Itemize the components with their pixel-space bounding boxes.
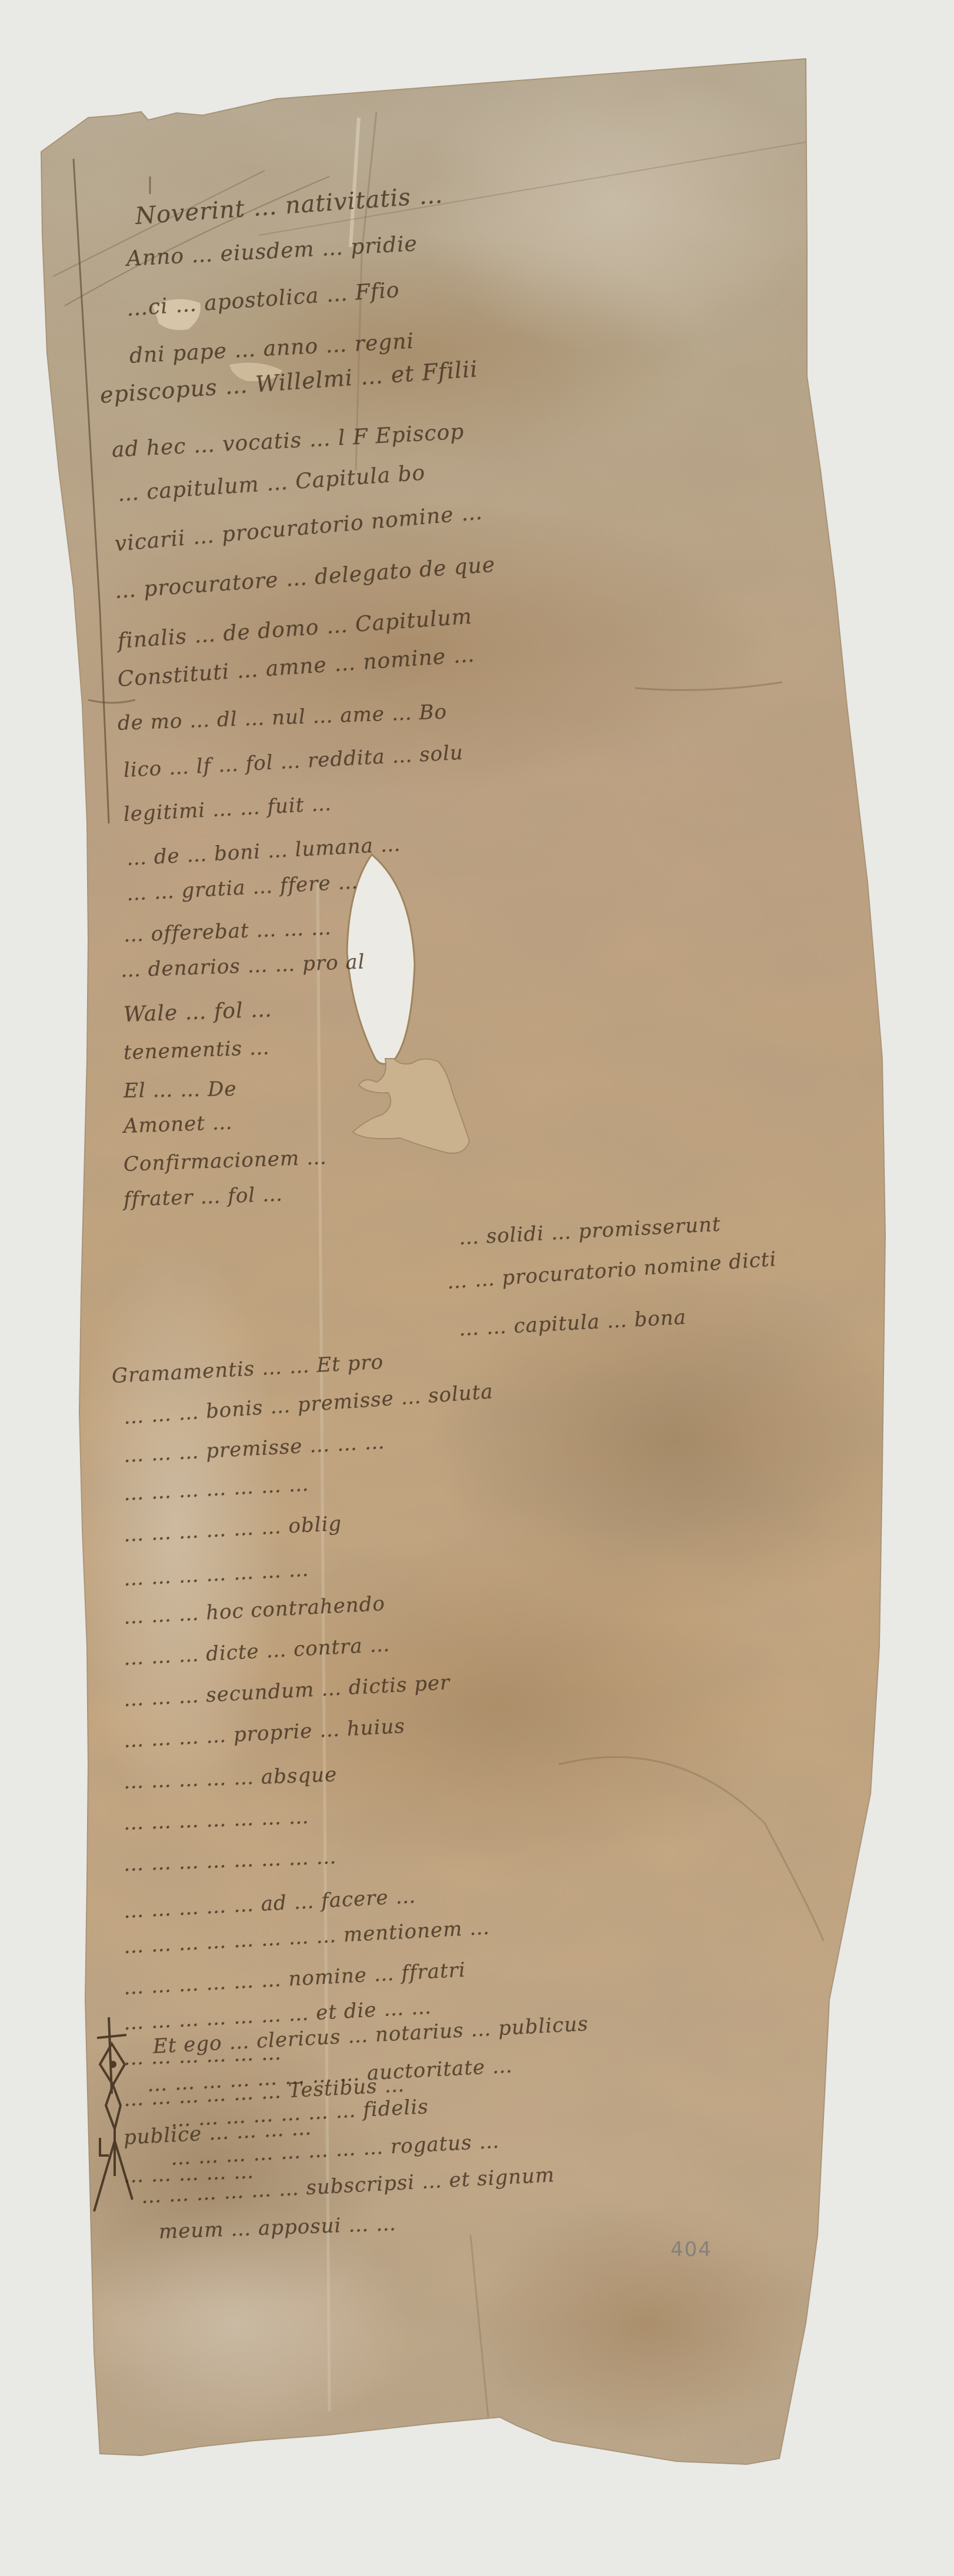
parchment-scan xyxy=(0,0,954,2576)
pencil-folio-number: 404 xyxy=(671,2238,712,2261)
parchment xyxy=(0,0,954,2576)
